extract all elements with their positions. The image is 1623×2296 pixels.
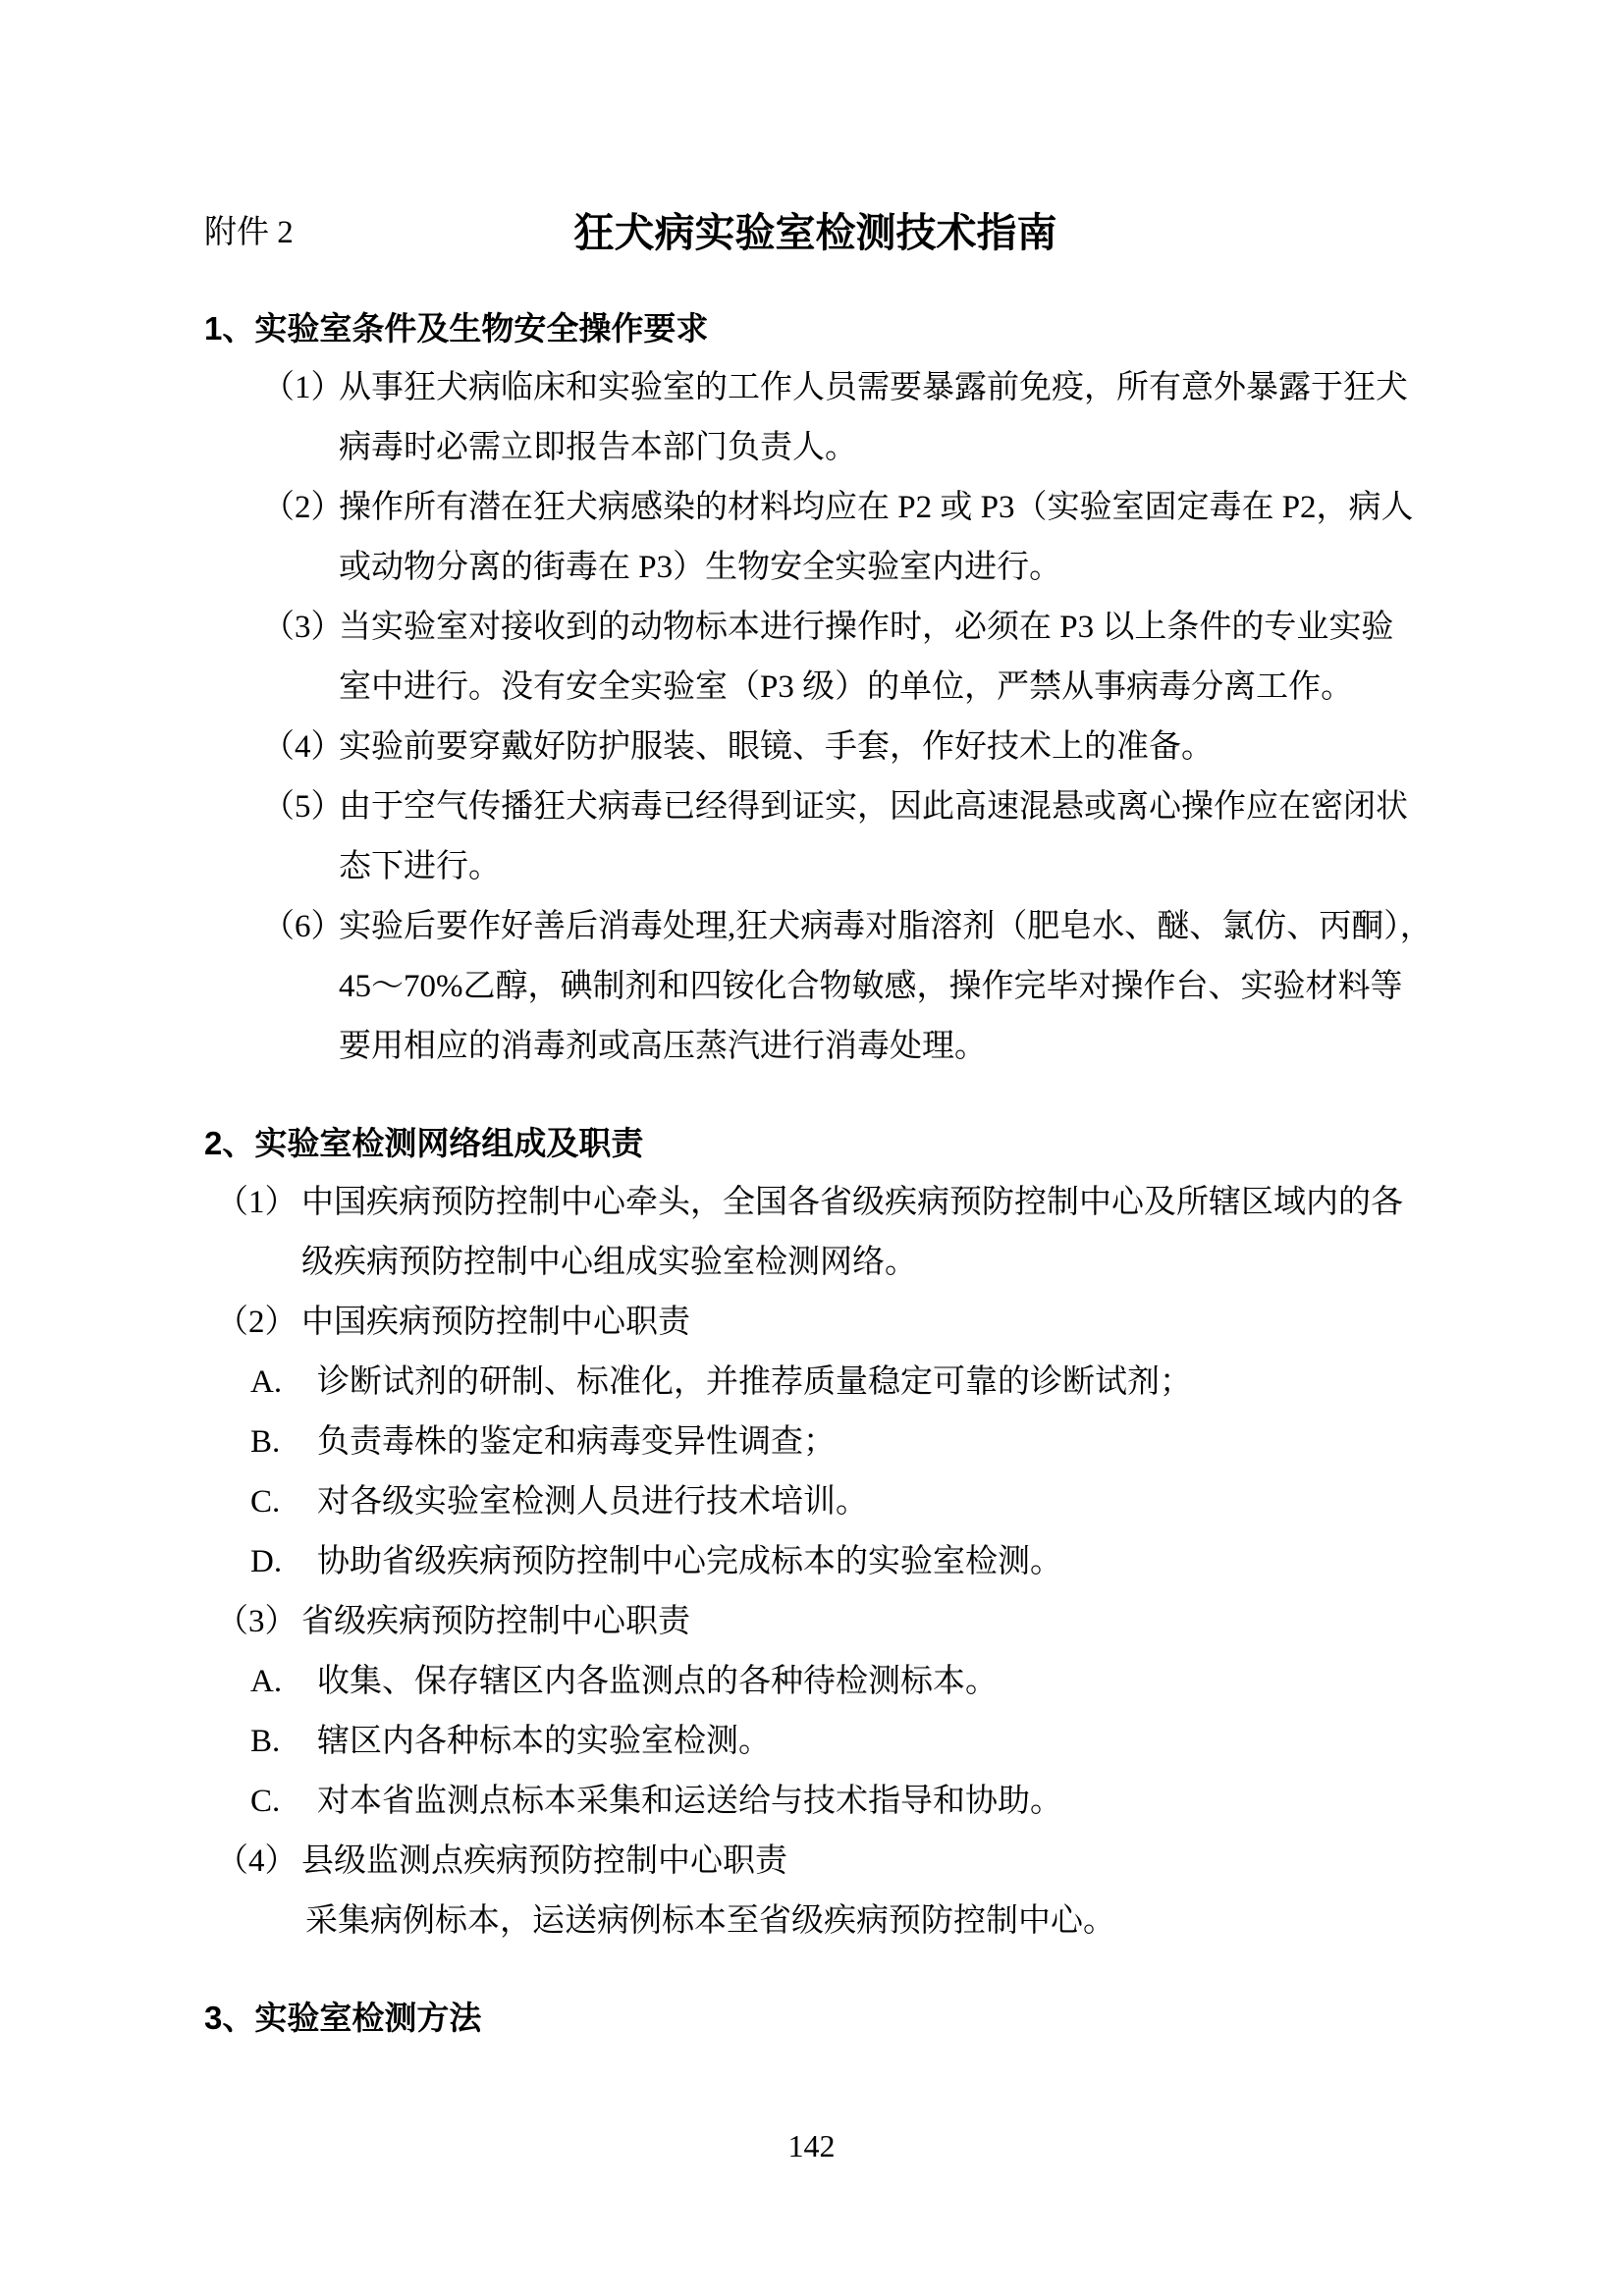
section-3-heading: 3、实验室检测方法 [204, 1988, 1476, 2048]
item-number: （4） [216, 1832, 301, 1892]
page-number: 142 [0, 2116, 1623, 2176]
list-item-2-3-b: B. 辖区内各种标本的实验室检测。 [204, 1712, 1476, 1772]
item-letter: C. [250, 1472, 317, 1532]
item-number: （5） [262, 777, 339, 837]
item-letter: B. [250, 1413, 317, 1472]
attachment-label: 附件 2 [204, 203, 294, 263]
item-number: （3） [216, 1592, 301, 1652]
item-number: （1） [216, 1173, 301, 1233]
item-number: （2） [262, 478, 339, 538]
item-text: 操作所有潜在狂犬病感染的材料均应在 P2 或 P3（实验室固定毒在 P2，病人 … [339, 478, 1414, 598]
item-letter: A. [250, 1353, 317, 1413]
document-header: 附件 2 狂犬病实验室检测技术指南 [204, 203, 1427, 263]
list-item-1-2: （2） 操作所有潜在狂犬病感染的材料均应在 P2 或 P3（实验室固定毒在 P2… [204, 478, 1476, 598]
section-1-heading: 1、实验室条件及生物安全操作要求 [204, 298, 1476, 358]
list-item-1-5: （5） 由于空气传播狂犬病毒已经得到证实，因此高速混悬或离心操作应在密闭状 态下… [204, 777, 1476, 897]
item-text: 负责毒株的鉴定和病毒变异性调查； [317, 1413, 836, 1472]
item-number: （3） [262, 598, 339, 658]
list-item-2-2-a: A. 诊断试剂的研制、标准化，并推荐质量稳定可靠的诊断试剂； [204, 1353, 1476, 1413]
item-number: （6） [262, 897, 339, 957]
list-item-1-6: （6） 实验后要作好善后消毒处理,狂犬病毒对脂溶剂（肥皂水、醚、氯仿、丙酮）， … [204, 897, 1476, 1077]
item-text: 诊断试剂的研制、标准化，并推荐质量稳定可靠的诊断试剂； [317, 1353, 1192, 1413]
item-letter: B. [250, 1712, 317, 1772]
list-item-2-3-c: C. 对本省监测点标本采集和运送给与技术指导和协助。 [204, 1772, 1476, 1832]
list-item-2-2: （2） 中国疾病预防控制中心职责 [204, 1293, 1476, 1353]
item-text: 采集病例标本，运送病例标本至省级疾病预防控制中心。 [305, 1892, 1115, 1951]
list-item-2-2-c: C. 对各级实验室检测人员进行技术培训。 [204, 1472, 1476, 1532]
list-item-1-4: （4） 实验前要穿戴好防护服装、眼镜、手套，作好技术上的准备。 [204, 718, 1476, 777]
item-text: 当实验室对接收到的动物标本进行操作时，必须在 P3 以上条件的专业实验 室中进行… [339, 598, 1393, 718]
item-text: 协助省级疾病预防控制中心完成标本的实验室检测。 [317, 1532, 1062, 1592]
item-text: 辖区内各种标本的实验室检测。 [317, 1712, 771, 1772]
item-text: 实验后要作好善后消毒处理,狂犬病毒对脂溶剂（肥皂水、醚、氯仿、丙酮）， 45～7… [339, 897, 1433, 1077]
item-text: 县级监测点疾病预防控制中心职责 [301, 1832, 787, 1892]
item-number: （2） [216, 1293, 301, 1353]
item-letter: D. [250, 1532, 317, 1592]
document-title: 狂犬病实验室检测技术指南 [204, 203, 1427, 263]
item-number: （4） [262, 718, 339, 777]
list-item-1-1: （1） 从事狂犬病临床和实验室的工作人员需要暴露前免疫，所有意外暴露于狂犬 病毒… [204, 358, 1476, 478]
section-2-heading: 2、实验室检测网络组成及职责 [204, 1113, 1476, 1173]
item-number: （1） [262, 358, 339, 418]
document-page: 附件 2 狂犬病实验室检测技术指南 1、实验室条件及生物安全操作要求 （1） 从… [0, 0, 1623, 2296]
list-item-2-3: （3） 省级疾病预防控制中心职责 [204, 1592, 1476, 1652]
item-letter: C. [250, 1772, 317, 1832]
item-text: 对各级实验室检测人员进行技术培训。 [317, 1472, 868, 1532]
item-text: 从事狂犬病临床和实验室的工作人员需要暴露前免疫，所有意外暴露于狂犬 病毒时必需立… [339, 358, 1408, 478]
item-text: 中国疾病预防控制中心牵头，全国各省级疾病预防控制中心及所辖区域内的各 级疾病预防… [301, 1173, 1403, 1293]
item-text: 收集、保存辖区内各监测点的各种待检测标本。 [317, 1652, 998, 1712]
item-text: 省级疾病预防控制中心职责 [301, 1592, 690, 1652]
item-letter: A. [250, 1652, 317, 1712]
item-text: 中国疾病预防控制中心职责 [301, 1293, 690, 1353]
document-body: 1、实验室条件及生物安全操作要求 （1） 从事狂犬病临床和实验室的工作人员需要暴… [204, 298, 1476, 2048]
item-text: 由于空气传播狂犬病毒已经得到证实，因此高速混悬或离心操作应在密闭状 态下进行。 [339, 777, 1408, 897]
item-text: 对本省监测点标本采集和运送给与技术指导和协助。 [317, 1772, 1062, 1832]
item-text: 实验前要穿戴好防护服装、眼镜、手套，作好技术上的准备。 [339, 718, 1214, 777]
list-item-2-3-a: A. 收集、保存辖区内各监测点的各种待检测标本。 [204, 1652, 1476, 1712]
list-item-2-4-body: 采集病例标本，运送病例标本至省级疾病预防控制中心。 [204, 1892, 1476, 1951]
list-item-2-1: （1） 中国疾病预防控制中心牵头，全国各省级疾病预防控制中心及所辖区域内的各 级… [204, 1173, 1476, 1293]
list-item-2-2-b: B. 负责毒株的鉴定和病毒变异性调查； [204, 1413, 1476, 1472]
list-item-1-3: （3） 当实验室对接收到的动物标本进行操作时，必须在 P3 以上条件的专业实验 … [204, 598, 1476, 718]
list-item-2-2-d: D. 协助省级疾病预防控制中心完成标本的实验室检测。 [204, 1532, 1476, 1592]
list-item-2-4: （4） 县级监测点疾病预防控制中心职责 [204, 1832, 1476, 1892]
